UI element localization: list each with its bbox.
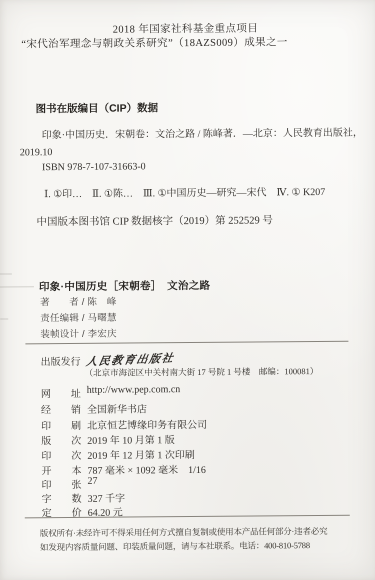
- row-value: http://www.pep.com.cn: [87, 384, 181, 400]
- copyright-notice-line-1: 版权所有·未经许可不得采用任何方式擅自复制或使用本产品任何部分·违者必究: [40, 527, 328, 539]
- cip-classification: Ⅰ. ①印… Ⅱ. ①陈… Ⅲ. ①中国历史—研究—宋代 Ⅳ. ① K207: [44, 187, 325, 201]
- row-value: 327 千字: [88, 490, 126, 505]
- cip-entry-line-1: 印象·中国历史．宋朝卷：文治之路 / 陈峰著．—北京：人民教育出版社，: [42, 128, 363, 142]
- cip-header: 图书在版编目（CIP）数据: [36, 102, 159, 115]
- copyright-notice-line-2: 如发现内容质量问题、印装质量问题，请与本社联系。电话：400-810-5788: [40, 541, 310, 553]
- row-label: 字 数: [42, 490, 86, 505]
- imprint-row-printing: 印 次 2019 年 12 月第 1 次印刷: [41, 446, 195, 462]
- row-value: 2019 年 10 月第 1 版: [87, 431, 175, 447]
- row-value: 2019 年 12 月第 1 次印刷: [87, 446, 195, 462]
- publisher-row: 出版发行 人民教育出版社: [40, 352, 174, 368]
- page-content: 2018 年国家社科基金重点项目 “宋代治军理念与朝政关系研究”（18AZS00…: [0, 0, 375, 580]
- scan-artifact: [0, 286, 34, 287]
- row-label: 网 址: [41, 385, 85, 400]
- publisher-address: （北京市海淀区中关村南大街 17 号院 1 号楼 邮编：100081）: [85, 367, 319, 379]
- row-label: 印 次: [41, 447, 85, 462]
- cip-record-number: 中国版本图书馆 CIP 数据核字（2019）第 252529 号: [36, 215, 273, 229]
- publisher-row-label: 出版发行: [40, 353, 84, 368]
- scan-artifact: [0, 318, 8, 319]
- row-label: 开 本: [41, 462, 85, 477]
- divider-top: [25, 341, 348, 345]
- funding-line-2: “宋代治军理念与朝政关系研究”（18AZS009）成果之一: [0, 37, 311, 52]
- isbn-line: ISBN 978-7-107-31663-0: [42, 161, 146, 173]
- scan-artifact: [0, 273, 12, 274]
- imprint-row-distributor: 经 销 全国新华书店: [41, 400, 147, 416]
- imprint-row-edition: 版 次 2019 年 10 月第 1 版: [41, 431, 175, 447]
- scanned-copyright-page: 2018 年国家社科基金重点项目 “宋代治军理念与朝政关系研究”（18AZS00…: [0, 0, 375, 580]
- imprint-row-format: 开 本 787 毫米 × 1092 毫米 1/16: [41, 461, 206, 477]
- imprint-row-website: 网 址 http://www.pep.com.cn: [41, 384, 181, 400]
- funding-line-1: 2018 年国家社科基金重点项目: [0, 23, 373, 38]
- row-value: 全国新华书店: [87, 400, 147, 415]
- row-label: 印 张: [41, 476, 85, 491]
- row-label: 经 销: [41, 401, 85, 416]
- credit-designer: 装帧设计 / 李宏庆: [40, 330, 117, 342]
- row-value: 27: [87, 476, 97, 491]
- row-value: 787 毫米 × 1092 毫米 1/16: [87, 461, 206, 477]
- imprint-row-printer: 印 刷 北京恒艺博缘印务有限公司: [41, 416, 207, 432]
- credit-editor: 责任编辑 / 马曙慧: [40, 314, 117, 326]
- cip-entry-line-2: 2019.10: [20, 147, 53, 159]
- row-label: 版 次: [41, 432, 85, 447]
- colophon-title: 印象·中国历史［宋朝卷］ 文治之路: [39, 280, 210, 293]
- credit-author: 著 者 / 陈 峰: [40, 298, 117, 310]
- row-value: 北京恒艺博缘印务有限公司: [87, 416, 207, 432]
- row-label: 印 刷: [41, 417, 85, 432]
